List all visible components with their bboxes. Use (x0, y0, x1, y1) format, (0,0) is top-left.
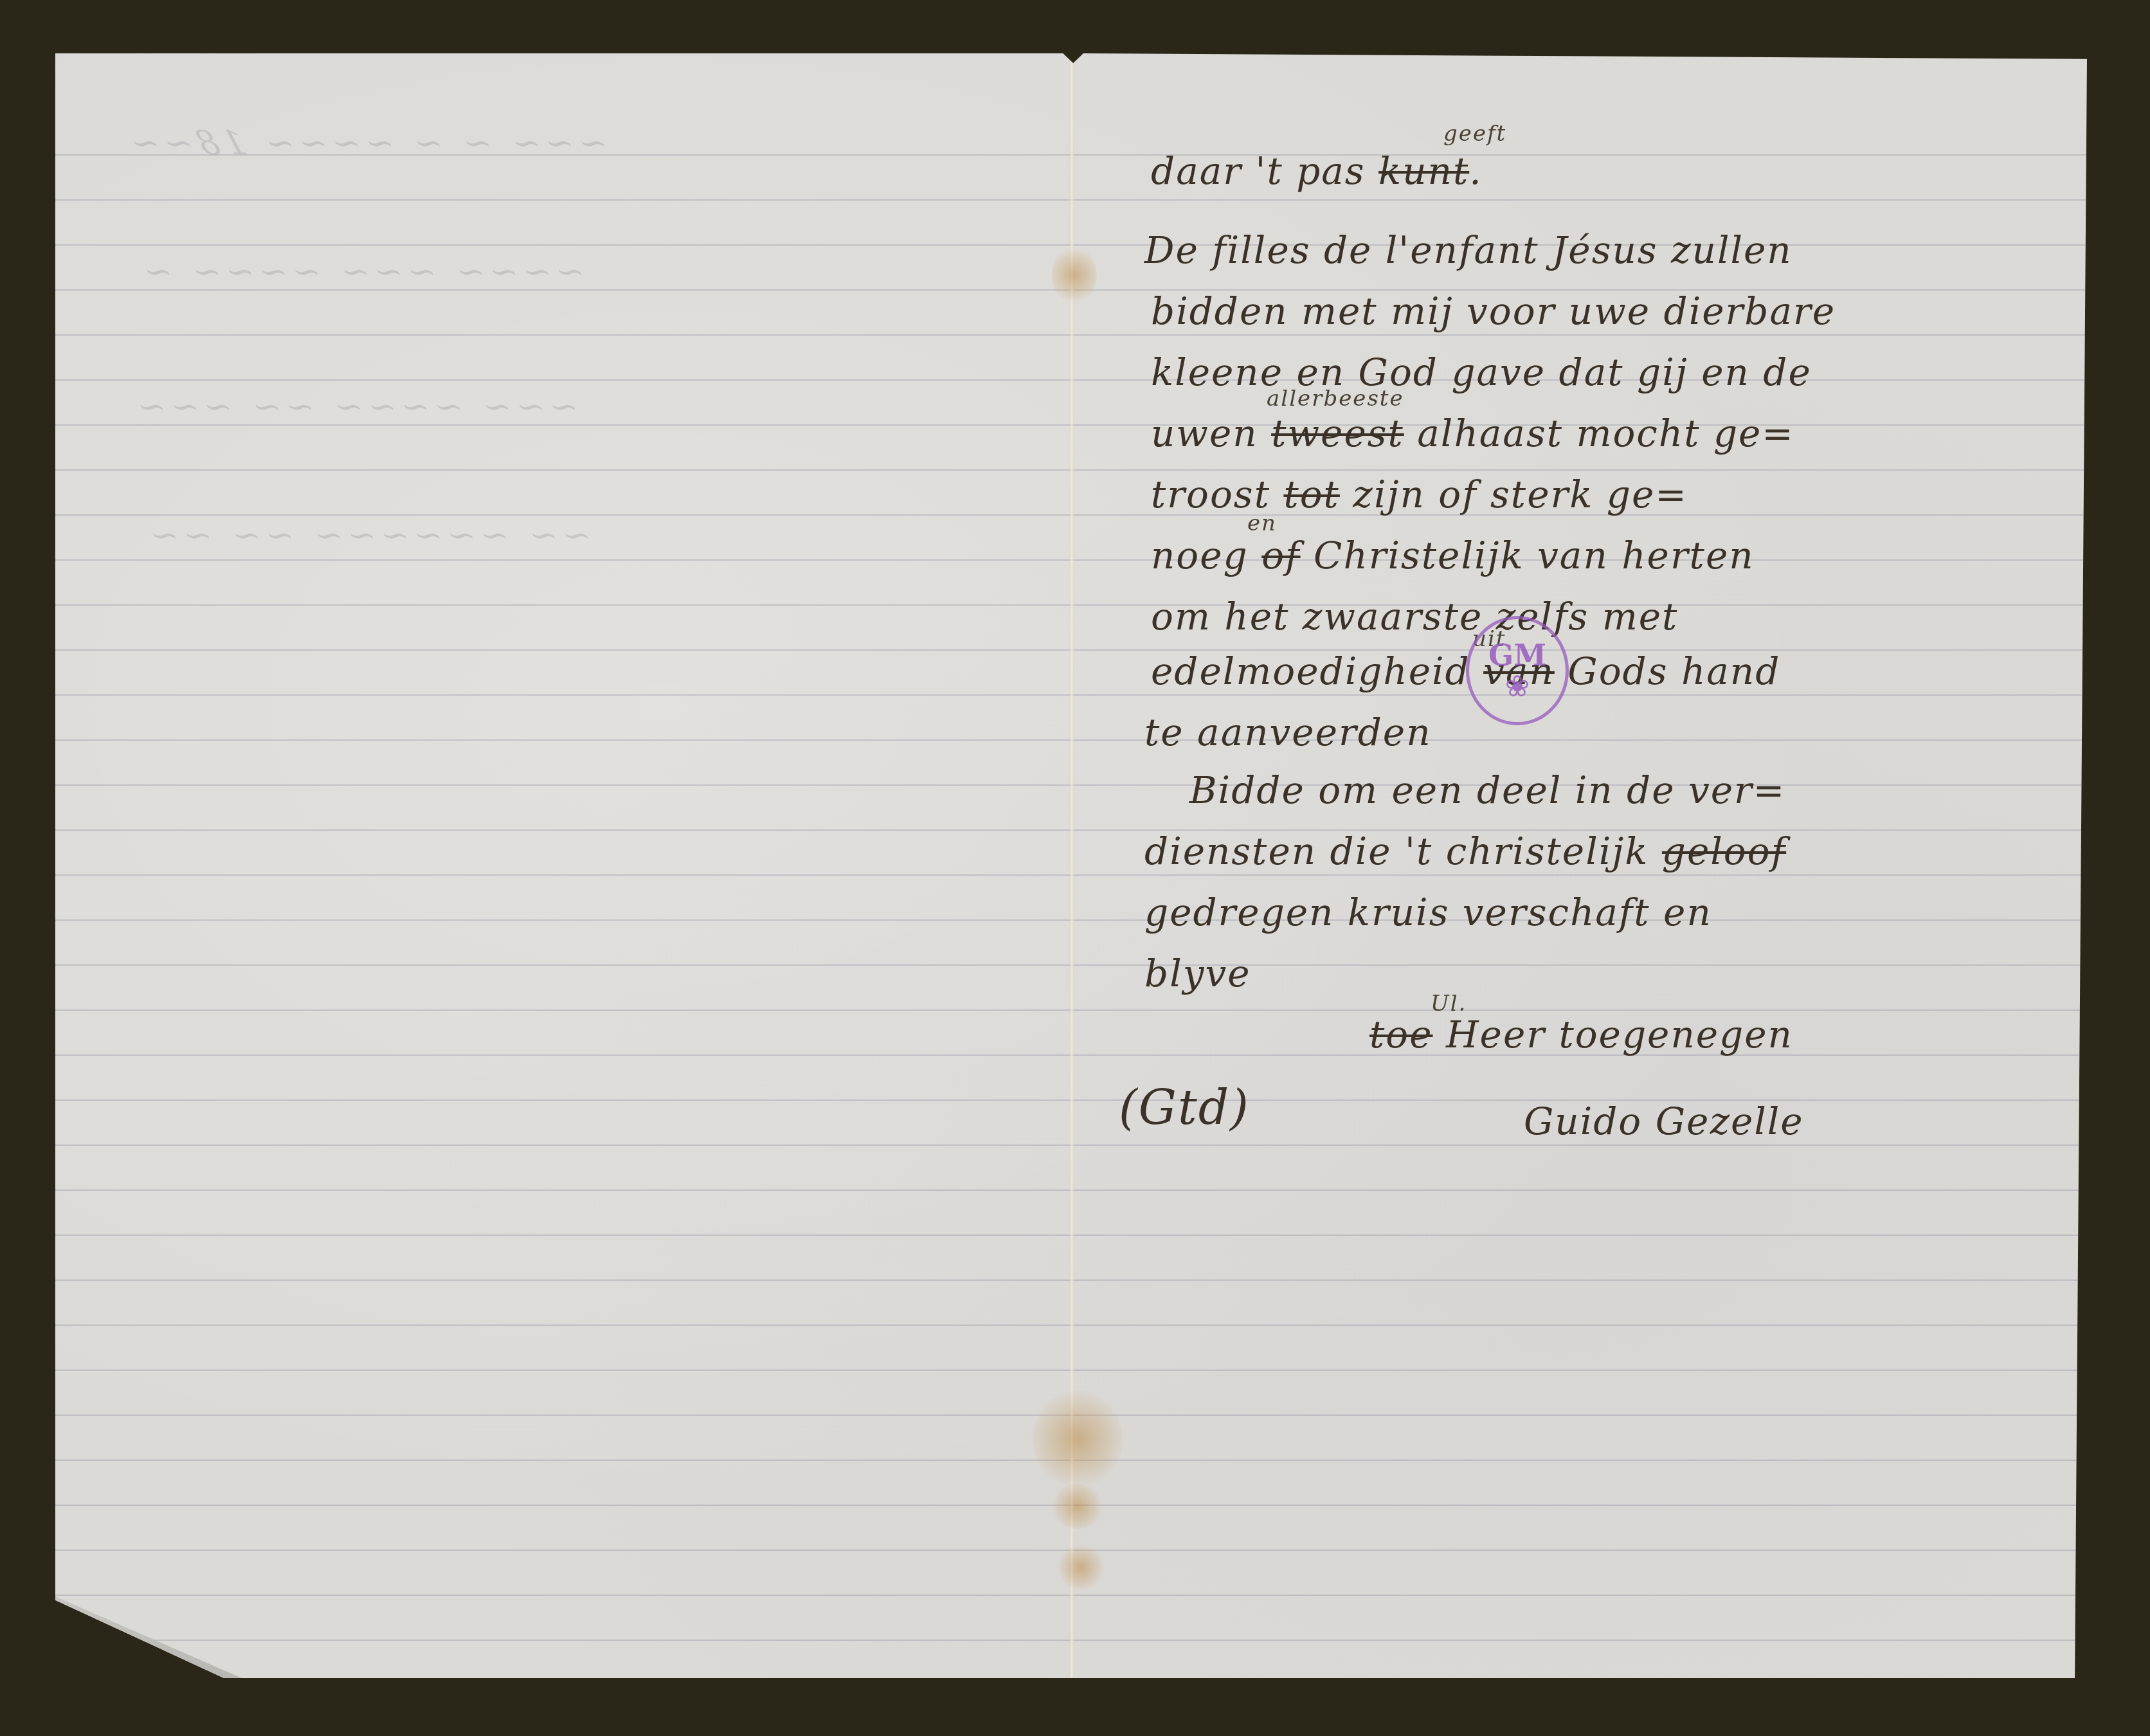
museum-stamp: GM ❀ (1466, 616, 1569, 725)
letter-line: gedregen kruis verschaft en (1144, 891, 1712, 934)
inserted-word: Ul. (1431, 991, 1467, 1017)
letter-line: Bidde om een deel in de ver= (1189, 768, 1785, 812)
inserted-word: geeft (1443, 121, 1506, 147)
bleed-through-text: ~~~ ~~~~ ~~ ~~~ (126, 388, 584, 426)
struck-word: tot (1283, 473, 1340, 516)
letter-line: toe Heer toegenegen Ul. (1369, 1013, 1793, 1056)
letter-line: blyve (1144, 952, 1251, 995)
letter-line: bidden met mij voor uwe dierbare (1151, 289, 1836, 333)
folded-corner (55, 1596, 242, 1678)
letter-line: diensten die 't christelijk geloof (1144, 829, 1786, 873)
foxing-stain (1033, 1391, 1123, 1487)
foxing-stain (1052, 1484, 1103, 1529)
letter-line: troost tot zijn of sterk ge= (1151, 473, 1688, 516)
letter-line: De filles de l'enfant Jésus zullen (1144, 228, 1793, 272)
struck-word: toe (1369, 1013, 1433, 1056)
inserted-word: en (1247, 511, 1277, 536)
bee-icon: ❀ (1505, 671, 1530, 701)
foxing-stain (1052, 246, 1097, 304)
letter-line: kleene en God gave dat gij en de (1151, 350, 1812, 394)
struck-word: of (1261, 534, 1300, 577)
foxing-stain (1058, 1545, 1103, 1590)
letter-line: uwen tweest alhaast mocht ge= allerbeest… (1151, 411, 1794, 455)
letter-line: te aanveerden (1144, 710, 1432, 754)
inserted-word: allerbeeste (1267, 386, 1404, 411)
letter-line: noeg of Christelijk van herten en (1151, 534, 1755, 577)
letter-line: daar 't pas kunt. geeft (1151, 149, 1483, 193)
bleed-through-text: ~~ ~~~~~~ ~~ ~~ (139, 516, 597, 555)
bleed-through-text: ~~~ ~ ~ ~~~~ 18~~ (120, 124, 613, 163)
struck-word: kunt (1378, 149, 1469, 193)
signature: Guido Gezelle (1524, 1099, 1804, 1143)
struck-word: tweest (1271, 411, 1404, 455)
bleed-through-text: ~~~~ ~~~ ~~~~ ~ (132, 253, 590, 291)
stamp-monogram: GM (1488, 640, 1546, 670)
letter-line: om het zwaarste zelfs met (1151, 595, 1678, 638)
struck-word: geloof (1662, 829, 1786, 873)
margin-note: (Gtd) (1119, 1080, 1250, 1135)
